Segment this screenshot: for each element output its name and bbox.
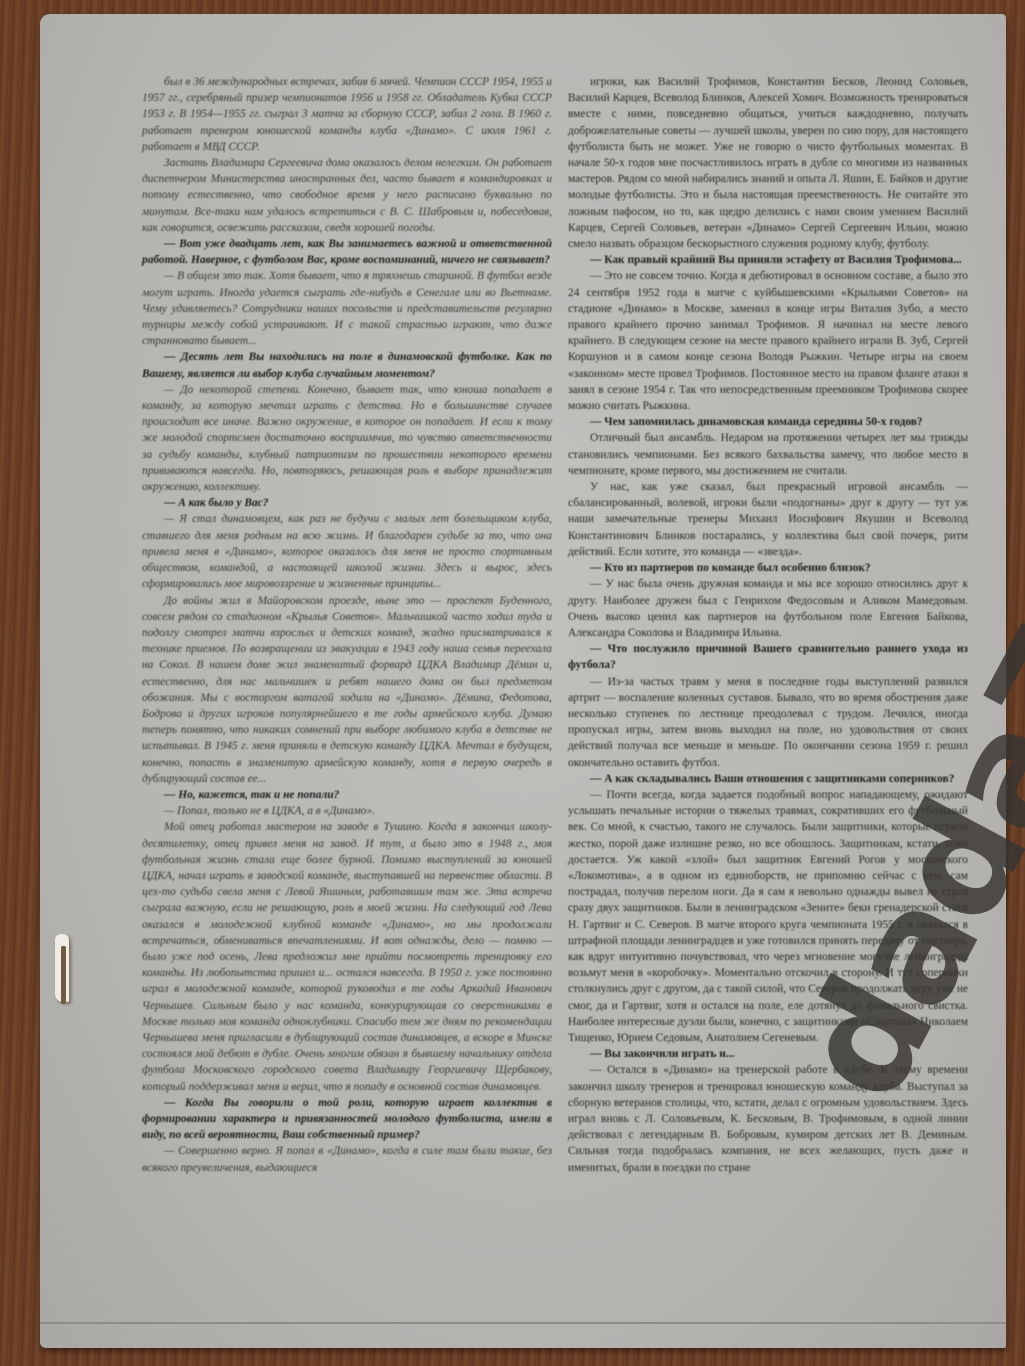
interview-question: — Кто из партнеров по команде был особен… <box>568 560 968 576</box>
interview-question: — Но, кажется, так и не попали? <box>142 787 552 803</box>
paragraph: — Почти всегда, когда задается подобный … <box>568 787 968 1046</box>
page-bottom-edge <box>40 1322 1006 1324</box>
interview-question: — А как было у Вас? <box>142 495 552 511</box>
paragraph: — У нас была очень дружная команда и мы … <box>568 576 968 641</box>
paragraph: Застать Владимира Сергеевича дома оказал… <box>142 155 552 236</box>
right-text-column: игроки, как Василий Трофимов, Константин… <box>568 74 968 1176</box>
paragraph: был в 36 международных встречах, забив 6… <box>142 74 552 155</box>
interview-question: — А как складывались Ваши отношения с за… <box>568 771 968 787</box>
interview-question: — Десять лет Вы находились на поле в дин… <box>142 349 552 381</box>
interview-question: — Вот уже двадцать лет, как Вы занимаете… <box>142 236 552 268</box>
paragraph: До войны жил в Майоровском проезде, ныне… <box>142 593 552 787</box>
paragraph: — До некоторой степени. Конечно, бывает … <box>142 382 552 495</box>
torn-paper-strip <box>55 934 69 1002</box>
paragraph: У нас, как уже сказал, был прекрасный иг… <box>568 479 968 560</box>
paragraph: Мой отец работал мастером на заводе в Ту… <box>142 819 552 1094</box>
left-text-column: был в 36 международных встречах, забив 6… <box>142 74 552 1176</box>
paragraph: Отличный был ансамбль. Недаром на протяж… <box>568 430 968 479</box>
paragraph: — В общем это так. Хотя бывает, что я тр… <box>142 268 552 349</box>
paragraph: — Совершенно верно. Я попал в «Динамо», … <box>142 1143 552 1175</box>
interview-question: — Когда Вы говорили о той роли, которую … <box>142 1095 552 1144</box>
paragraph: — Попал, только не в ЦДКА, а в «Динамо». <box>142 803 552 819</box>
paragraph: — Я стал динамовцем, как раз не будучи с… <box>142 511 552 592</box>
paragraph: — Остался в «Динамо» на тренерской работ… <box>568 1062 968 1175</box>
paragraph: — Это не совсем точно. Когда я дебютиров… <box>568 268 968 414</box>
interview-question: — Как правый крайний Вы приняли эстафету… <box>568 252 968 268</box>
interview-question: — Чем запомнилась динамовская команда се… <box>568 414 968 430</box>
interview-question: — Вы закончили играть и... <box>568 1046 968 1062</box>
interview-question: — Что послужило причиной Вашего сравните… <box>568 641 968 673</box>
paragraph: — Из-за частых травм у меня в последние … <box>568 674 968 771</box>
paragraph: игроки, как Василий Трофимов, Константин… <box>568 74 968 252</box>
